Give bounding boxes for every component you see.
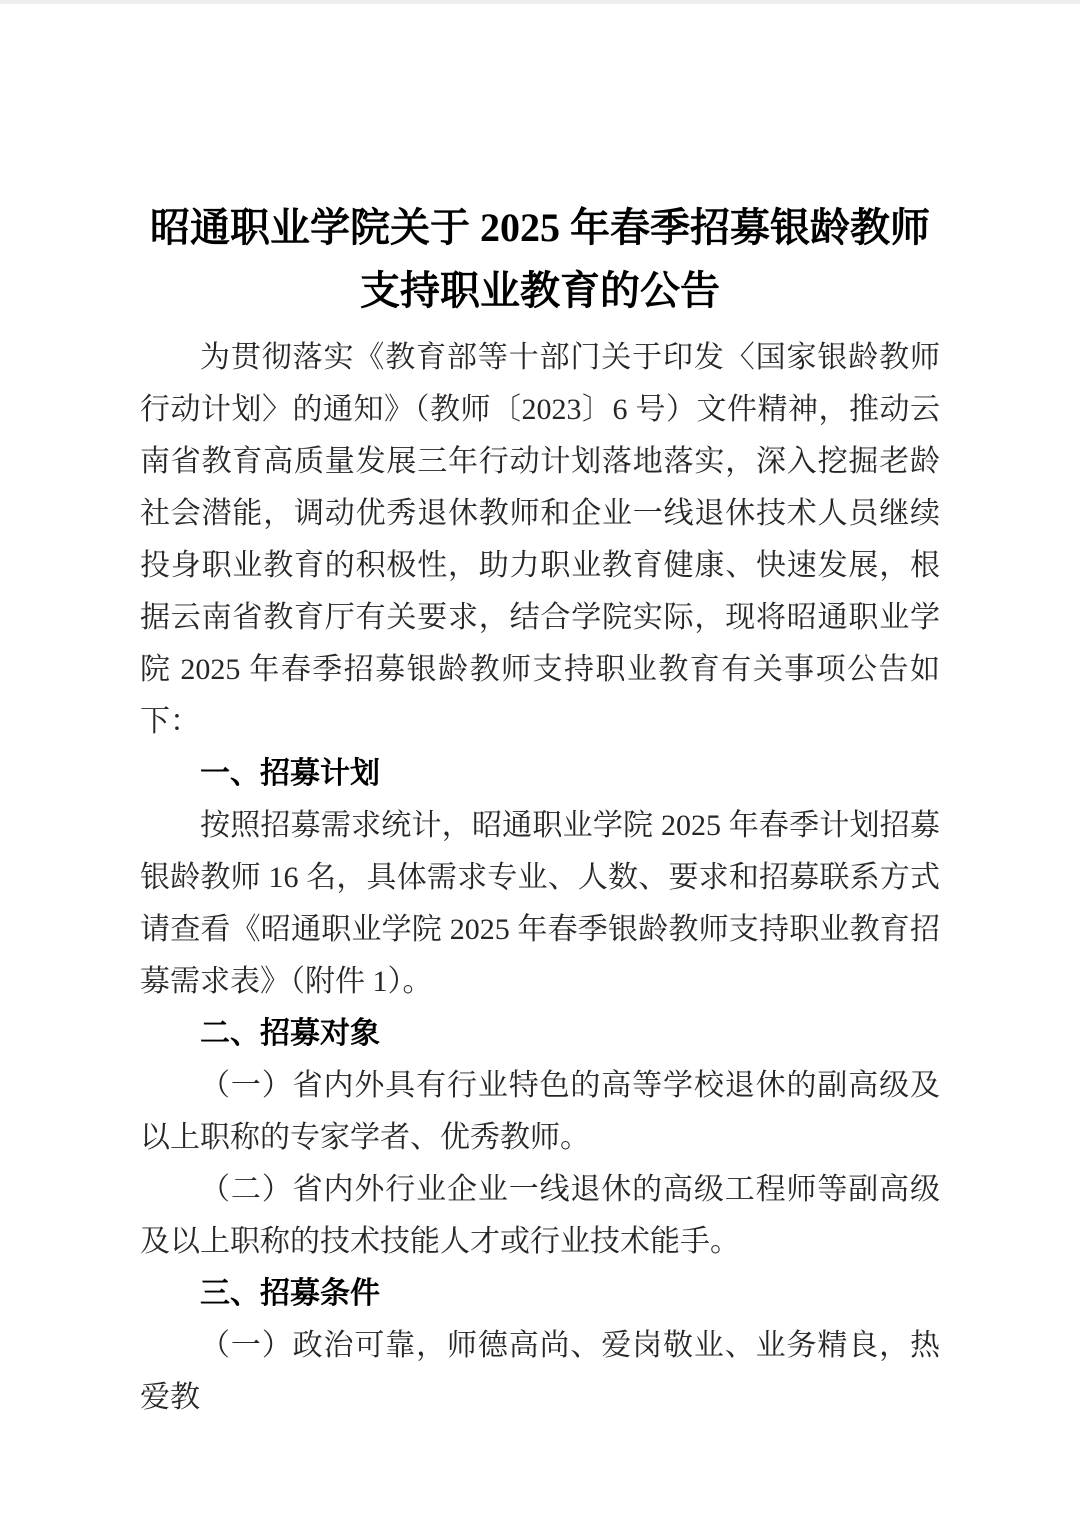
document-title: 昭通职业学院关于 2025 年春季招募银龄教师 支持职业教育的公告 <box>140 196 940 322</box>
document-page: { "page": { "background": "#ffffff", "to… <box>0 0 1080 1531</box>
paragraph: 按照招募需求统计，昭通职业学院 2025 年春季计划招募银龄教师 16 名，具体… <box>140 800 940 1008</box>
document-title-line-2: 支持职业教育的公告 <box>140 259 940 322</box>
section-heading: 二、招募对象 <box>140 1008 940 1060</box>
paragraph: （一）政治可靠，师德高尚、爱岗敬业、业务精良，热爱教 <box>140 1320 940 1424</box>
document-body: 为贯彻落实《教育部等十部门关于印发〈国家银龄教师行动计划〉的通知》（教师〔202… <box>140 332 940 1424</box>
section-heading: 三、招募条件 <box>140 1268 940 1320</box>
paragraph: （一）省内外具有行业特色的高等学校退休的副高级及以上职称的专家学者、优秀教师。 <box>140 1060 940 1164</box>
paragraph: 为贯彻落实《教育部等十部门关于印发〈国家银龄教师行动计划〉的通知》（教师〔202… <box>140 332 940 748</box>
top-strip <box>0 0 1080 4</box>
paragraph: （二）省内外行业企业一线退休的高级工程师等副高级及以上职称的技术技能人才或行业技… <box>140 1164 940 1268</box>
section-heading: 一、招募计划 <box>140 748 940 800</box>
document-title-line-1: 昭通职业学院关于 2025 年春季招募银龄教师 <box>140 196 940 259</box>
announcement-document: 昭通职业学院关于 2025 年春季招募银龄教师 支持职业教育的公告 为贯彻落实《… <box>140 196 940 1424</box>
